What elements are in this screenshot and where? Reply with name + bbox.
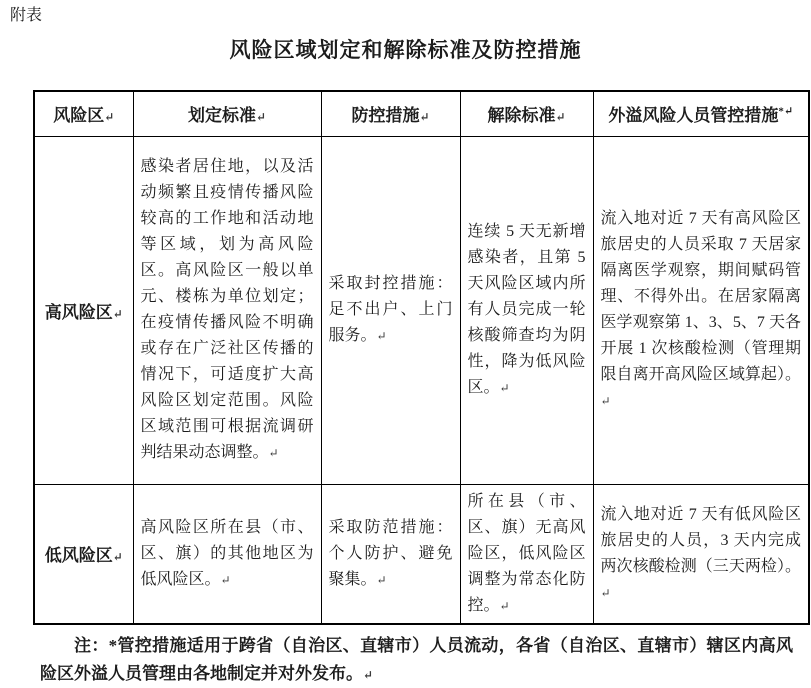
paragraph-mark: ↵ <box>377 329 387 343</box>
low-release-text: 所在县（市、区、旗）无高风险区，低风险区调整为常态化防控。 <box>468 493 586 614</box>
low-risk-label: 低风险区 <box>45 546 113 565</box>
table-row-low-risk: 低风险区↵ 高风险区所在县（市、区、旗）的其他地区为低风险区。↵ 采取防范措施：… <box>34 484 809 624</box>
footnote-text: 注：*管控措施适用于跨省（自治区、直辖市）人员流动，各省（自治区、直辖市）辖区内… <box>40 636 793 683</box>
paragraph-mark: ↵ <box>113 550 123 564</box>
paragraph-mark: ↵ <box>221 573 231 587</box>
risk-area-table: 风险区↵ 划定标准↵ 防控措施↵ 解除标准↵ 外溢风险人员管控措施*↵ 高风险区… <box>33 90 810 625</box>
cell-high-risk-label: 高风险区↵ <box>34 136 133 484</box>
header-control: 防控措施↵ <box>321 91 460 136</box>
header-release-label: 解除标准 <box>487 106 555 125</box>
paragraph-mark: ↵ <box>500 381 510 395</box>
paragraph-mark: ↵ <box>377 573 387 587</box>
cell-high-designation: 感染者居住地，以及活动频繁且疫情传播风险较高的工作地和活动地等区域，划为高风险区… <box>133 136 321 484</box>
header-designation-label: 划定标准 <box>188 106 256 125</box>
paragraph-mark: ↵ <box>601 586 611 600</box>
paragraph-mark: ↵ <box>363 668 373 682</box>
header-spillover-label: 外溢风险人员管控措施 <box>608 106 778 125</box>
cell-low-spillover: 流入地对近 7 天有低风险区旅居史的人员，3 天内完成两次核酸检测（三天两检）。… <box>593 484 809 624</box>
cell-low-risk-label: 低风险区↵ <box>34 484 133 624</box>
high-release-text: 连续 5 天无新增感染者，且第 5 天风险区域内所有人员完成一轮核酸筛查均为阴性… <box>468 223 586 396</box>
footnote: 注：*管控措施适用于跨省（自治区、直辖市）人员流动，各省（自治区、直辖市）辖区内… <box>40 632 793 688</box>
paragraph-mark: ↵ <box>269 446 279 460</box>
asterisk-mark: *↵ <box>778 106 793 118</box>
high-designation-text: 感染者居住地，以及活动频繁且疫情传播风险较高的工作地和活动地等区域，划为高风险区… <box>141 158 314 461</box>
header-row: 风险区↵ 划定标准↵ 防控措施↵ 解除标准↵ 外溢风险人员管控措施*↵ <box>34 91 809 136</box>
paragraph-mark: ↵ <box>555 110 565 124</box>
paragraph-mark: ↵ <box>419 110 429 124</box>
paragraph-mark: ↵ <box>500 599 510 613</box>
low-spillover-text: 流入地对近 7 天有低风险区旅居史的人员，3 天内完成两次核酸检测（三天两检）。 <box>601 506 802 575</box>
cell-high-release: 连续 5 天无新增感染者，且第 5 天风险区域内所有人员完成一轮核酸筛查均为阴性… <box>460 136 593 484</box>
header-release: 解除标准↵ <box>460 91 593 136</box>
cell-low-release: 所在县（市、区、旗）无高风险区，低风险区调整为常态化防控。↵ <box>460 484 593 624</box>
paragraph-mark: ↵ <box>113 307 123 321</box>
low-control-text: 采取防范措施：个人防护、避免聚集。 <box>329 519 453 588</box>
page-title: 风险区域划定和解除标准及防控措施 <box>0 39 811 63</box>
cell-high-control: 采取封控措施：足不出户、上门服务。↵ <box>321 136 460 484</box>
header-designation: 划定标准↵ <box>133 91 321 136</box>
header-spillover: 外溢风险人员管控措施*↵ <box>593 91 809 136</box>
paragraph-mark: ↵ <box>256 110 266 124</box>
high-risk-label: 高风险区 <box>45 303 113 322</box>
cell-low-control: 采取防范措施：个人防护、避免聚集。↵ <box>321 484 460 624</box>
table-row-high-risk: 高风险区↵ 感染者居住地，以及活动频繁且疫情传播风险较高的工作地和活动地等区域，… <box>34 136 809 484</box>
header-risk-area: 风险区↵ <box>34 91 133 136</box>
high-control-text: 采取封控措施：足不出户、上门服务。 <box>329 275 453 344</box>
cell-low-designation: 高风险区所在县（市、区、旗）的其他地区为低风险区。↵ <box>133 484 321 624</box>
header-control-label: 防控措施 <box>351 106 419 125</box>
annex-label: 附表 <box>0 0 811 26</box>
header-risk-area-label: 风险区 <box>53 106 104 125</box>
cell-high-spillover: 流入地对近 7 天有高风险区旅居史的人员采取 7 天居家隔离医学观察，期间赋码管… <box>593 136 809 484</box>
high-spillover-text: 流入地对近 7 天有高风险区旅居史的人员采取 7 天居家隔离医学观察，期间赋码管… <box>601 210 802 383</box>
paragraph-mark: ↵ <box>601 394 611 408</box>
paragraph-mark: ↵ <box>104 110 114 124</box>
